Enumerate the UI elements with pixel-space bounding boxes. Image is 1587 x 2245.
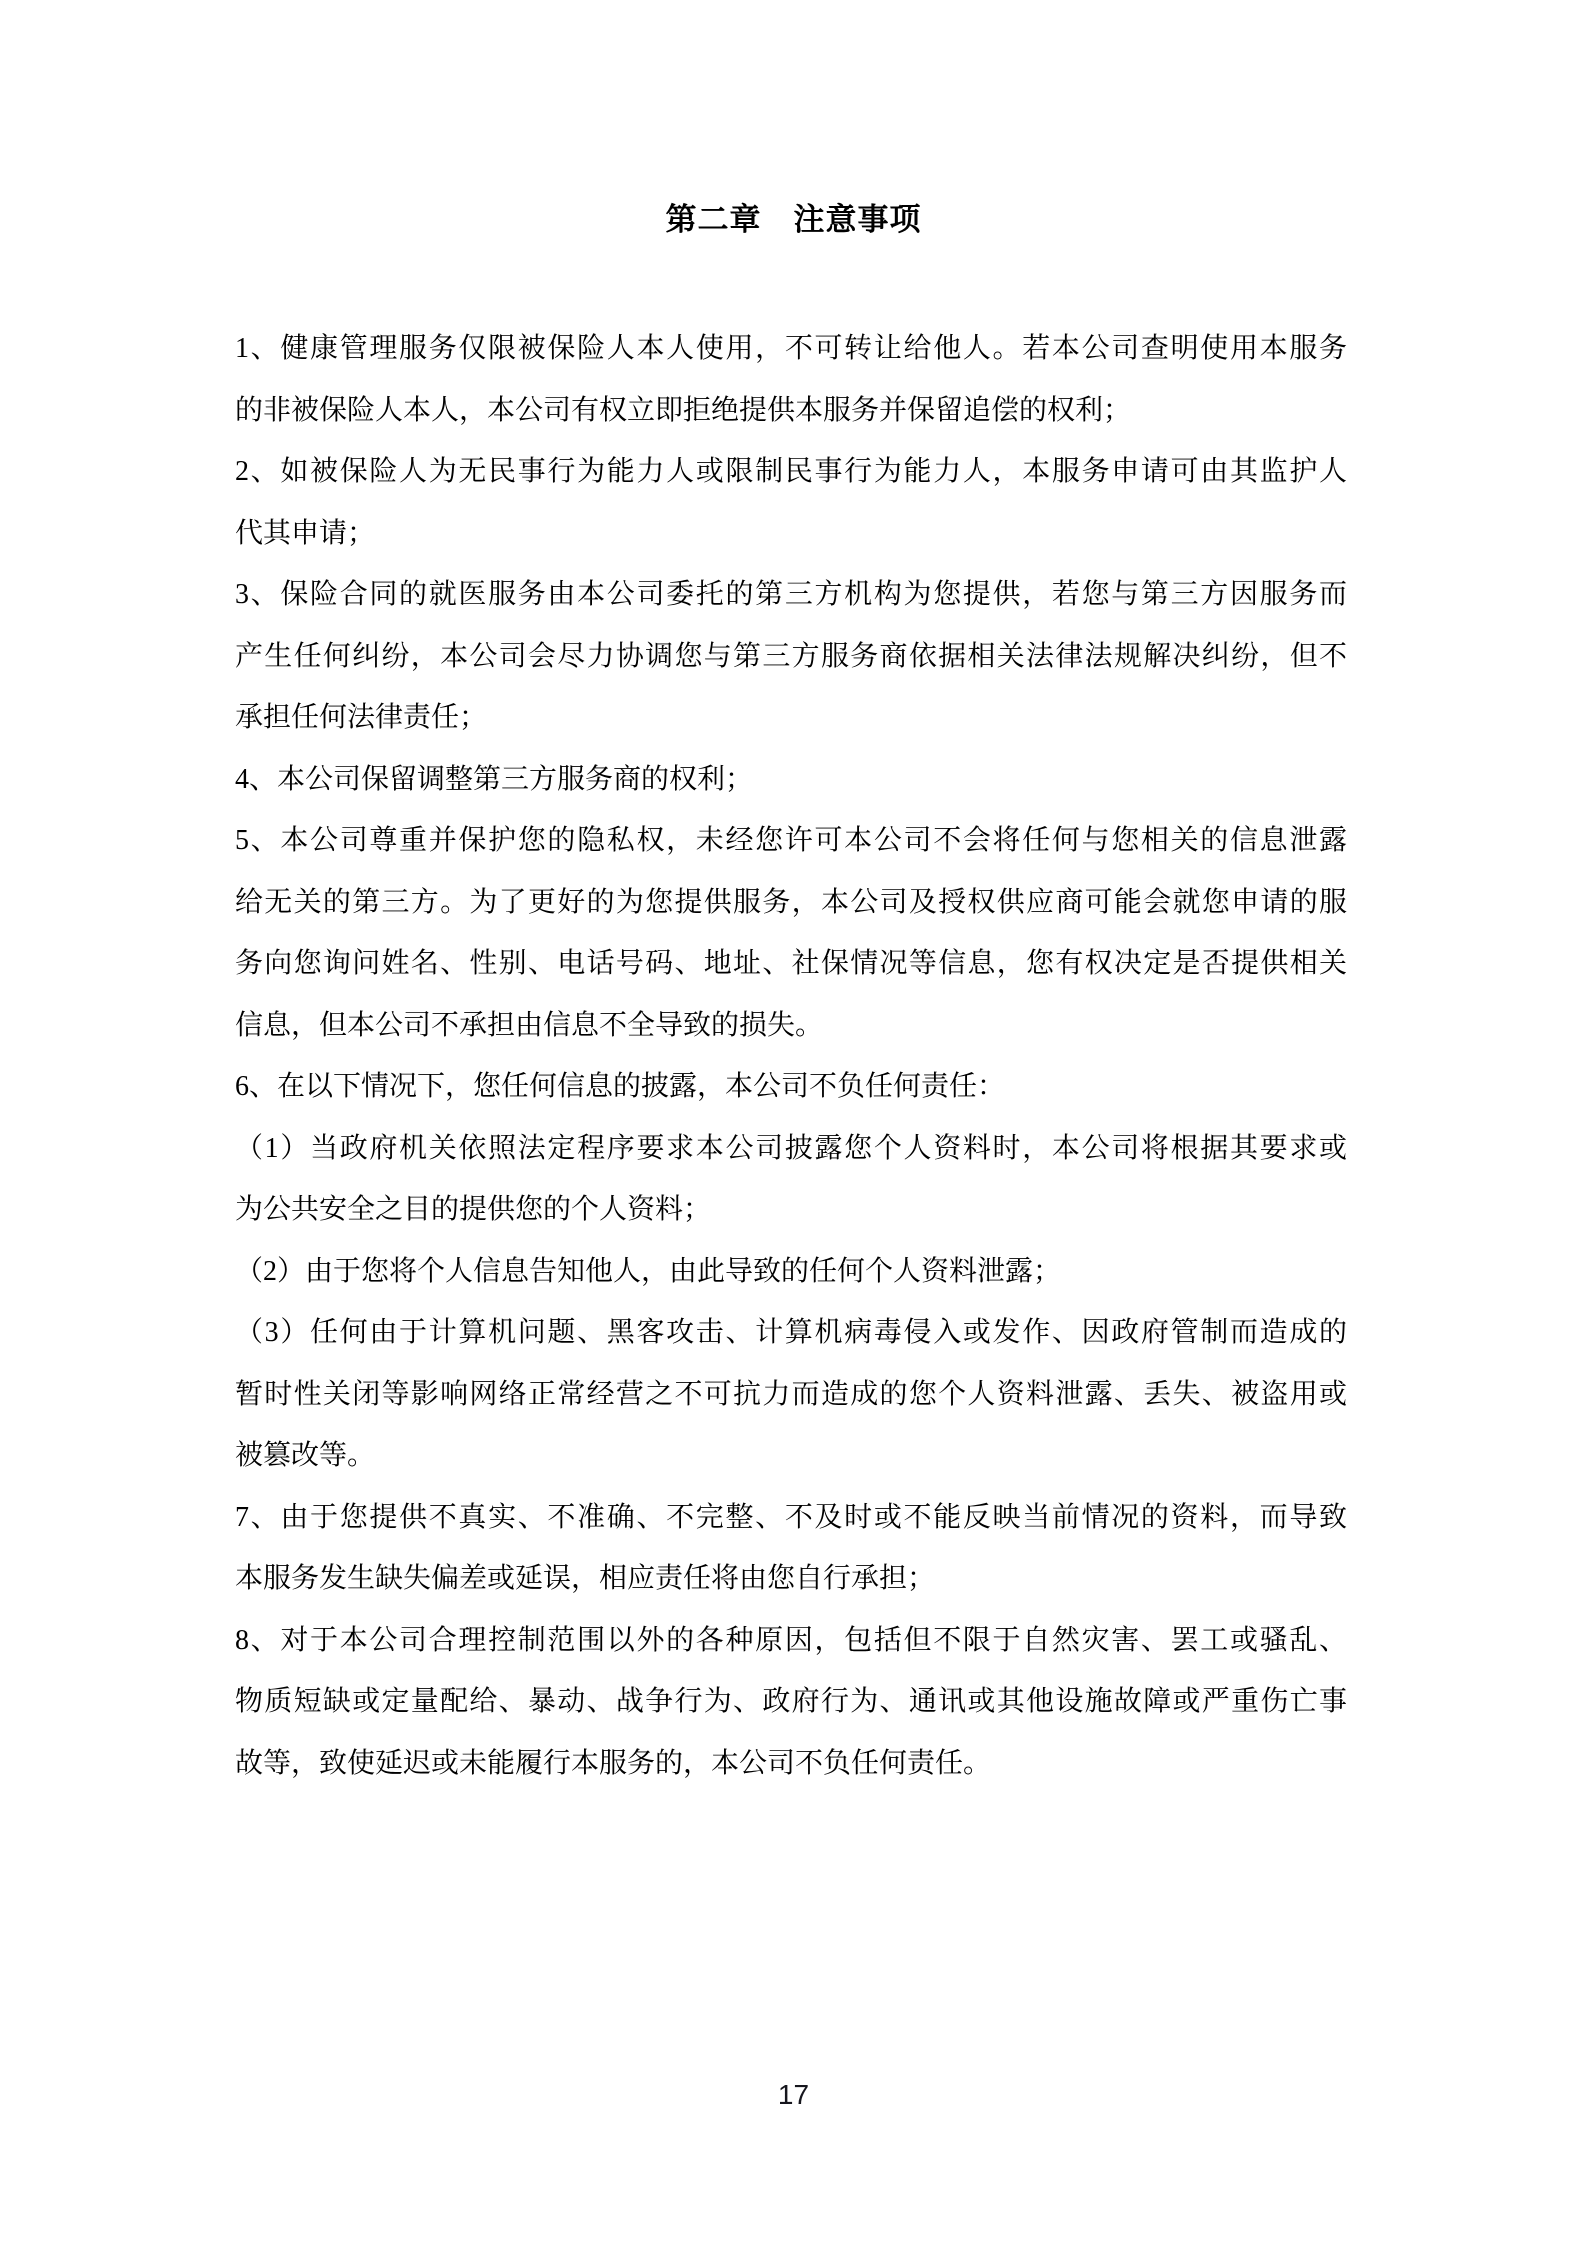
chapter-title: 第二章 注意事项: [0, 198, 1587, 242]
paragraph-line: 本服务发生缺失偏差或延误，相应责任将由您自行承担；: [235, 1548, 1347, 1610]
paragraph-line: 给无关的第三方。为了更好的为您提供服务，本公司及授权供应商可能会就您申请的服: [235, 872, 1347, 934]
paragraph-line: 8、对于本公司合理控制范围以外的各种原因，包括但不限于自然灾害、罢工或骚乱、: [235, 1610, 1347, 1672]
paragraph-line: 产生任何纠纷，本公司会尽力协调您与第三方服务商依据相关法律法规解决纠纷，但不: [235, 626, 1347, 688]
paragraph-line: 为公共安全之目的提供您的个人资料；: [235, 1179, 1347, 1241]
page-number: 17: [0, 2078, 1587, 2112]
paragraph-line: 6、在以下情况下，您任何信息的披露，本公司不负任何责任：: [235, 1056, 1347, 1118]
paragraph-line: 物质短缺或定量配给、暴动、战争行为、政府行为、通讯或其他设施故障或严重伤亡事: [235, 1671, 1347, 1733]
paragraph-line: 4、本公司保留调整第三方服务商的权利；: [235, 749, 1347, 811]
paragraph-line: （1）当政府机关依照法定程序要求本公司披露您个人资料时，本公司将根据其要求或: [235, 1118, 1347, 1180]
paragraph-line: （2）由于您将个人信息告知他人，由此导致的任何个人资料泄露；: [235, 1241, 1347, 1303]
paragraph-line: 的非被保险人本人，本公司有权立即拒绝提供本服务并保留追偿的权利；: [235, 380, 1347, 442]
paragraph-line: 3、保险合同的就医服务由本公司委托的第三方机构为您提供，若您与第三方因服务而: [235, 564, 1347, 626]
document-body: 1、健康管理服务仅限被保险人本人使用，不可转让给他人。若本公司查明使用本服务 的…: [235, 318, 1347, 1794]
paragraph-line: 故等，致使延迟或未能履行本服务的，本公司不负任何责任。: [235, 1733, 1347, 1795]
paragraph-line: 承担任何法律责任；: [235, 687, 1347, 749]
paragraph-line: 被篡改等。: [235, 1425, 1347, 1487]
paragraph-line: 务向您询问姓名、性别、电话号码、地址、社保情况等信息，您有权决定是否提供相关: [235, 933, 1347, 995]
paragraph-line: 代其申请；: [235, 503, 1347, 565]
paragraph-line: 5、本公司尊重并保护您的隐私权，未经您许可本公司不会将任何与您相关的信息泄露: [235, 810, 1347, 872]
paragraph-line: 7、由于您提供不真实、不准确、不完整、不及时或不能反映当前情况的资料，而导致: [235, 1487, 1347, 1549]
paragraph-line: 暂时性关闭等影响网络正常经营之不可抗力而造成的您个人资料泄露、丢失、被盗用或: [235, 1364, 1347, 1426]
paragraph-line: 信息，但本公司不承担由信息不全导致的损失。: [235, 995, 1347, 1057]
paragraph-line: 1、健康管理服务仅限被保险人本人使用，不可转让给他人。若本公司查明使用本服务: [235, 318, 1347, 380]
paragraph-line: 2、如被保险人为无民事行为能力人或限制民事行为能力人，本服务申请可由其监护人: [235, 441, 1347, 503]
paragraph-line: （3）任何由于计算机问题、黑客攻击、计算机病毒侵入或发作、因政府管制而造成的: [235, 1302, 1347, 1364]
document-page: 第二章 注意事项 1、健康管理服务仅限被保险人本人使用，不可转让给他人。若本公司…: [0, 0, 1587, 2245]
